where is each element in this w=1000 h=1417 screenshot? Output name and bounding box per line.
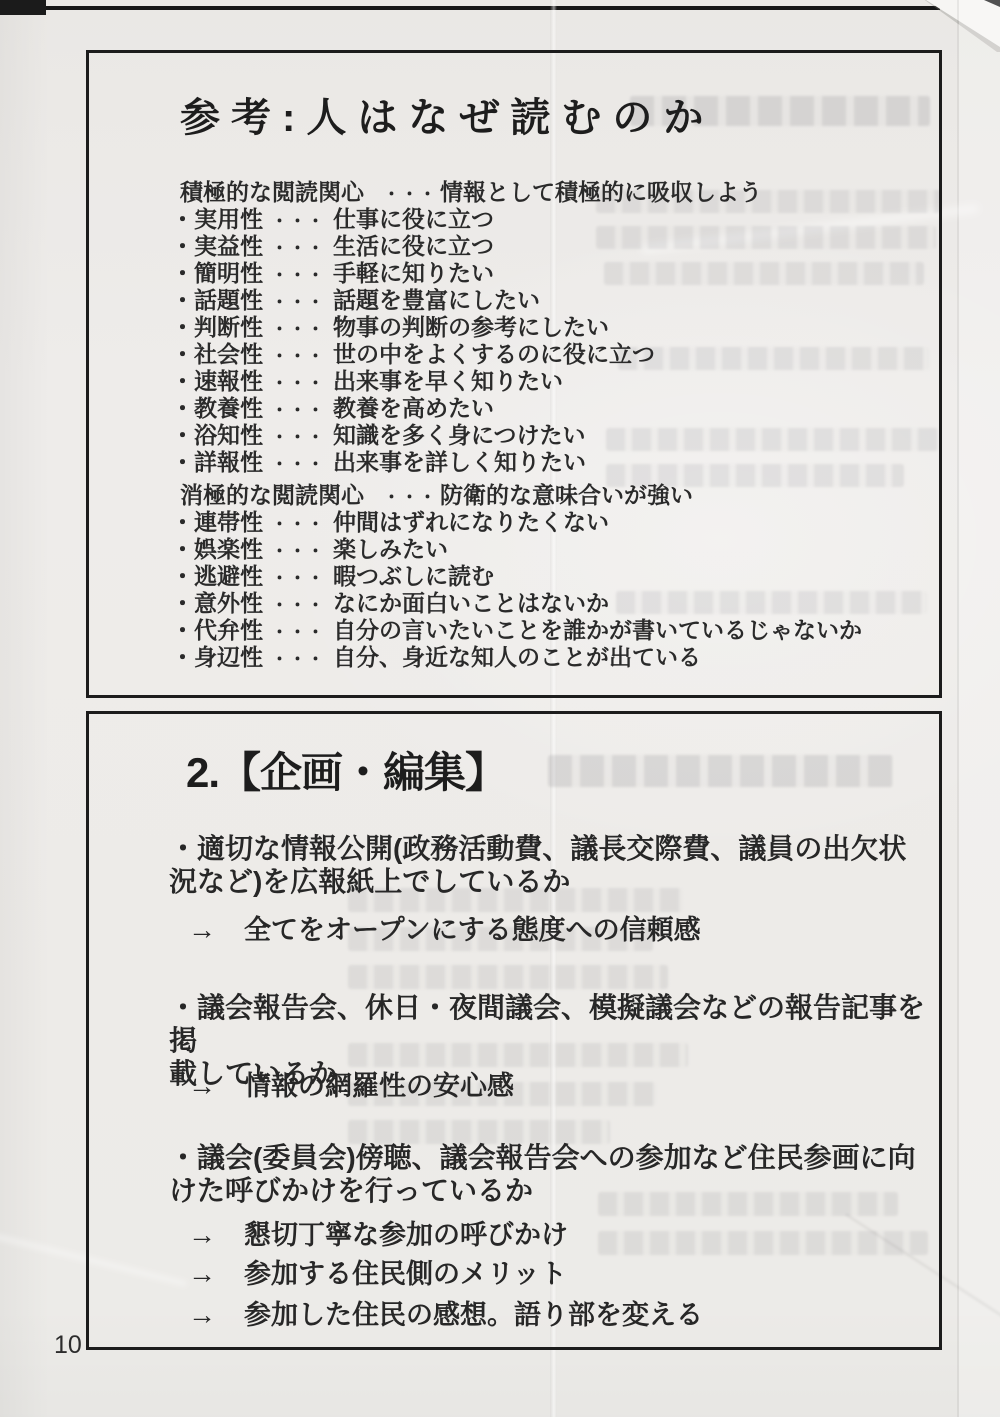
item-desc: 出来事を早く知りたい	[333, 368, 919, 395]
item-desc: 自分の言いたいことを誰かが書いているじゃないか	[333, 617, 919, 644]
list-item: ・逃避性・・・暇つぶしに読む	[171, 563, 919, 590]
list-item: ・速報性・・・出来事を早く知りたい	[171, 368, 919, 395]
item-desc: 物事の判断の参考にしたい	[333, 314, 919, 341]
answer-text: 参加する住民側のメリット	[244, 1252, 567, 1291]
list-item: ・浴知性・・・知識を多く身につけたい	[171, 422, 919, 449]
header-dots: ・・・	[380, 484, 440, 511]
item-term: ・話題性	[171, 287, 263, 314]
item-desc: 手軽に知りたい	[333, 260, 919, 287]
scan-artifact-top-edge	[8, 6, 940, 10]
list-item: ・娯楽性・・・楽しみたい	[171, 536, 919, 563]
answer-text: 情報の網羅性の安心感	[244, 1064, 514, 1103]
reading-interest-list: 積極的な閲読関心 ・・・ 情報として積極的に吸収しよう ・実用性・・・仕事に役に…	[171, 179, 919, 671]
panel1-title: 参考:人はなぜ読むのか	[180, 86, 714, 143]
scan-artifact-top-left	[0, 0, 46, 15]
item-dots: ・・・	[263, 289, 333, 316]
arrow-icon: →	[188, 1258, 216, 1290]
list-item: ・詳報性・・・出来事を詳しく知りたい	[171, 449, 919, 476]
item-dots: ・・・	[263, 397, 333, 424]
item-term: ・連帯性	[171, 509, 263, 536]
item-dots: ・・・	[263, 619, 333, 646]
item-dots: ・・・	[263, 370, 333, 397]
question-resident-participation: ・議会(委員会)傍聴、議会報告会への参加など住民参画に向 けた呼びかけを行ってい…	[169, 1141, 947, 1207]
item-term: ・実用性	[171, 206, 263, 233]
item-term: ・浴知性	[171, 422, 263, 449]
arrow-icon: →	[188, 1219, 216, 1251]
panel2-title: 2.【企画・編集】	[186, 740, 506, 800]
list-item: ・簡明性・・・手軽に知りたい	[171, 260, 919, 287]
item-desc: 世の中をよくするのに役に立つ	[333, 341, 919, 368]
answer-line: → 参加した住民の感想。語り部を変える	[188, 1293, 703, 1332]
answer-line: → 情報の網羅性の安心感	[188, 1064, 514, 1103]
item-term: ・詳報性	[171, 449, 263, 476]
item-term: ・身辺性	[171, 644, 263, 671]
item-term: ・社会性	[171, 341, 263, 368]
item-dots: ・・・	[263, 646, 333, 673]
answer-text: 参加した住民の感想。語り部を変える	[244, 1293, 703, 1332]
item-dots: ・・・	[263, 565, 333, 592]
item-term: ・簡明性	[171, 260, 263, 287]
arrow-icon: →	[188, 1070, 216, 1102]
item-dots: ・・・	[263, 538, 333, 565]
page-number: 10	[54, 1331, 82, 1360]
item-term: ・教養性	[171, 395, 263, 422]
list-item: ・意外性・・・なにか面白いことはないか	[171, 590, 919, 617]
list-item: ・教養性・・・教養を高めたい	[171, 395, 919, 422]
item-dots: ・・・	[263, 592, 333, 619]
document-page: 参考:人はなぜ読むのか 積極的な閲読関心 ・・・ 情報として積極的に吸収しよう …	[0, 0, 1000, 1417]
item-dots: ・・・	[263, 208, 333, 235]
list-item: ・社会性・・・世の中をよくするのに役に立つ	[171, 341, 919, 368]
item-term: ・娯楽性	[171, 536, 263, 563]
arrow-icon: →	[188, 1299, 216, 1331]
answer-text: 懇切丁寧な参加の呼びかけ	[244, 1213, 568, 1252]
item-term: ・代弁性	[171, 617, 263, 644]
item-dots: ・・・	[263, 262, 333, 289]
item-dots: ・・・	[263, 511, 333, 538]
list-item: ・代弁性・・・自分の言いたいことを誰かが書いているじゃないか	[171, 617, 919, 644]
item-desc: 教養を高めたい	[333, 395, 919, 422]
item-dots: ・・・	[263, 451, 333, 478]
panel-planning-editing: 2.【企画・編集】 ・適切な情報公開(政務活動費、議長交際費、議員の出欠状 況な…	[86, 711, 942, 1350]
item-desc: なにか面白いことはないか	[333, 590, 919, 617]
item-desc: 暇つぶしに読む	[333, 563, 919, 590]
active-interest-header: 積極的な閲読関心 ・・・ 情報として積極的に吸収しよう	[180, 179, 919, 206]
item-desc: 話題を豊富にしたい	[333, 287, 919, 314]
header-dots: ・・・	[380, 181, 440, 208]
list-item: ・実用性・・・仕事に役に立つ	[171, 206, 919, 233]
answer-text: 全てをオープンにする態度への信頼感	[244, 908, 701, 947]
item-term: ・意外性	[171, 590, 263, 617]
arrow-icon: →	[188, 914, 216, 946]
header-desc: 情報として積極的に吸収しよう	[440, 179, 762, 206]
item-dots: ・・・	[263, 424, 333, 451]
item-term: ・判断性	[171, 314, 263, 341]
list-item: ・話題性・・・話題を豊富にしたい	[171, 287, 919, 314]
passive-interest-header: 消極的な閲読関心 ・・・ 防衛的な意味合いが強い	[180, 482, 919, 509]
item-desc: 出来事を詳しく知りたい	[333, 449, 919, 476]
list-item: ・判断性・・・物事の判断の参考にしたい	[171, 314, 919, 341]
item-term: ・実益性	[171, 233, 263, 260]
answer-line: → 懇切丁寧な参加の呼びかけ	[188, 1213, 568, 1252]
list-item: ・実益性・・・生活に役に立つ	[171, 233, 919, 260]
header-term: 積極的な閲読関心	[180, 179, 380, 206]
answer-line: → 参加する住民側のメリット	[188, 1252, 567, 1291]
item-dots: ・・・	[263, 235, 333, 262]
item-term: ・逃避性	[171, 563, 263, 590]
question-information-disclosure: ・適切な情報公開(政務活動費、議長交際費、議員の出欠状 況など)を広報紙上でして…	[169, 832, 947, 898]
list-item: ・身辺性・・・自分、身近な知人のことが出ている	[171, 644, 919, 671]
answer-line: → 全てをオープンにする態度への信頼感	[188, 908, 701, 947]
item-desc: 生活に役に立つ	[333, 233, 919, 260]
header-desc: 防衛的な意味合いが強い	[440, 482, 693, 509]
list-item: ・連帯性・・・仲間はずれになりたくない	[171, 509, 919, 536]
item-dots: ・・・	[263, 316, 333, 343]
item-desc: 自分、身近な知人のことが出ている	[333, 644, 919, 671]
item-desc: 楽しみたい	[333, 536, 919, 563]
item-desc: 仕事に役に立つ	[333, 206, 919, 233]
item-term: ・速報性	[171, 368, 263, 395]
header-term: 消極的な閲読関心	[180, 482, 380, 509]
panel-why-people-read: 参考:人はなぜ読むのか 積極的な閲読関心 ・・・ 情報として積極的に吸収しよう …	[86, 50, 942, 698]
item-desc: 知識を多く身につけたい	[333, 422, 919, 449]
item-dots: ・・・	[263, 343, 333, 370]
item-desc: 仲間はずれになりたくない	[333, 509, 919, 536]
